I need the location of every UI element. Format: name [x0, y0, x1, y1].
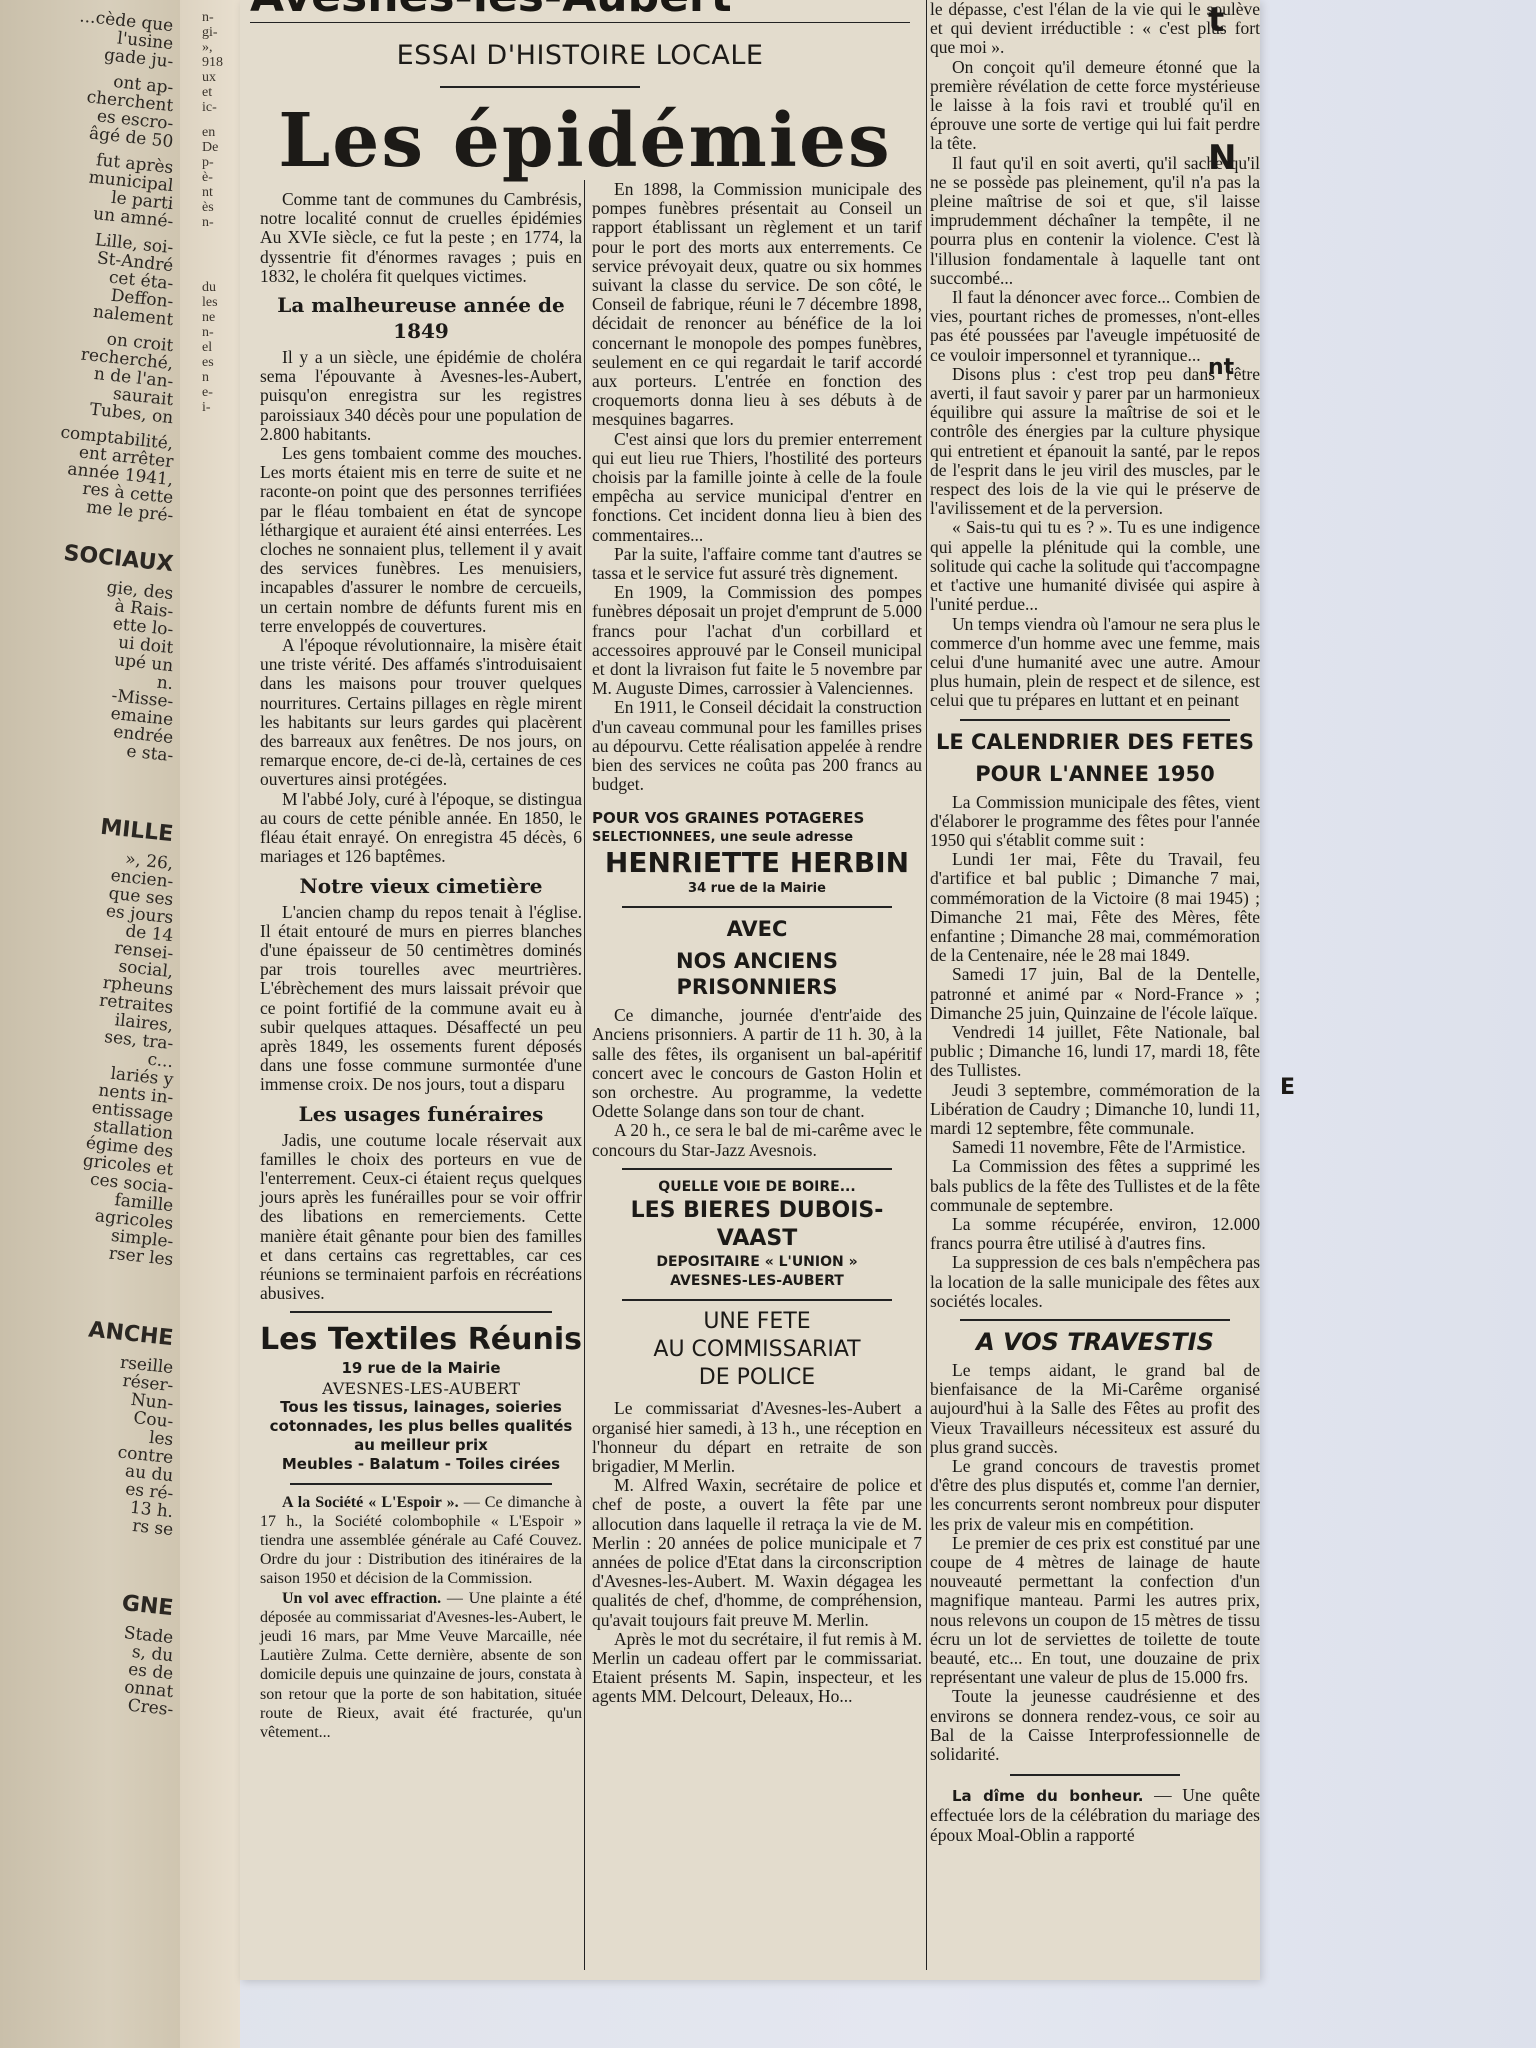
ad-line: cotonnades, les plus belles qualités	[260, 1417, 582, 1436]
brief-dime: La dîme du bonheur. — Une quête effectué…	[930, 1786, 1260, 1845]
subhead-usages: Les usages funéraires	[260, 1101, 582, 1127]
ad-line: AVESNES-LES-AUBERT	[592, 1272, 922, 1291]
prisonniers-headline-1: AVEC	[592, 916, 922, 942]
column-3: le dépasse, c'est l'élan de la vie qui l…	[930, 0, 1260, 1845]
strip-text-line: en	[202, 125, 215, 140]
paragraph: Jadis, une coutume locale réservait aux …	[260, 1131, 582, 1304]
strip-text-line: n-	[202, 215, 214, 230]
paragraph: La Commission municipale des fêtes, vien…	[930, 793, 1260, 851]
paragraph: Les gens tombaient comme des mouches. Le…	[260, 444, 582, 636]
adjacent-newspaper-page: ...cède quel'usinegade ju-ont ap-cherche…	[0, 0, 180, 2048]
paragraph: A l'époque révolutionnaire, la misère ét…	[260, 636, 582, 790]
travestis-headline: A VOS TRAVESTIS	[930, 1329, 1260, 1355]
paragraph: La suppression de ces bals n'empêchera p…	[930, 1253, 1260, 1311]
paragraph: A 20 h., ce sera le bal de mi-carême ave…	[592, 1121, 922, 1159]
kicker-rule	[440, 86, 640, 88]
intro-paragraph: Comme tant de communes du Cambrésis, not…	[260, 190, 582, 286]
paragraph: Vendredi 14 juillet, Fête Nationale, bal…	[930, 1023, 1260, 1081]
strip-text-line: De	[202, 140, 218, 155]
paragraph: Le commissariat d'Avesnes-les-Aubert a o…	[592, 1399, 922, 1476]
ad-town: AVESNES-LES-AUBERT	[260, 1379, 582, 1398]
side-letter: nt	[1208, 355, 1234, 380]
column-rule	[584, 180, 585, 1970]
masthead: Avesnes-les-Aubert	[250, 0, 910, 20]
paragraph: Ce dimanche, journée d'entr'aide des Anc…	[592, 1006, 922, 1121]
strip-text-line: les	[202, 295, 218, 310]
ad-line: DEPOSITAIRE « L'UNION »	[592, 1253, 922, 1272]
strip-text-line: p-	[202, 155, 214, 170]
paragraph: Il faut la dénoncer avec force... Combie…	[930, 288, 1260, 365]
column-1: Comme tant de communes du Cambrésis, not…	[260, 190, 582, 1742]
calendrier-headline-2: POUR L'ANNEE 1950	[930, 761, 1260, 787]
paragraph: Le premier de ces prix est constitué par…	[930, 1534, 1260, 1688]
strip-text-line: è-	[202, 170, 213, 185]
side-letter: t	[1208, 0, 1224, 40]
paragraph: En 1898, la Commission municipale des po…	[592, 180, 922, 430]
ad-bieres-dubois-vaast: QUELLE VOIE DE BOIRE... LES BIERES DUBOI…	[592, 1178, 922, 1292]
article-kicker: ESSAI D'HISTOIRE LOCALE	[240, 40, 920, 71]
adjacent-column-strip: n-gi-»,918uxetic-enDep-è-ntèsn-dulesnen-…	[180, 0, 240, 2048]
side-letter: N	[1208, 138, 1236, 178]
brief-espoir: A la Société « L'Espoir ». — Ce dimanche…	[260, 1493, 582, 1589]
strip-text-line: ux	[202, 70, 216, 85]
divider	[1010, 1774, 1180, 1776]
paragraph: En 1909, la Commission des pompes funèbr…	[592, 583, 922, 698]
ad-address: 19 rue de la Mairie	[260, 1359, 582, 1378]
paragraph: Samedi 11 novembre, Fête de l'Armistice.	[930, 1138, 1260, 1157]
divider	[622, 1168, 892, 1170]
strip-text-line: es	[202, 355, 214, 370]
column-rule	[926, 0, 927, 1970]
adjacent-heading: SOCIAUX	[0, 538, 174, 573]
adjacent-heading: ANCHE	[0, 1312, 174, 1347]
commissariat-headline-2: AU COMMISSARIAT	[592, 1337, 922, 1363]
paragraph: Le grand concours de travestis promet d'…	[930, 1457, 1260, 1534]
side-letter: E	[1280, 1075, 1295, 1100]
strip-text-line: du	[202, 280, 216, 295]
ad-line: au meilleur prix	[260, 1436, 582, 1455]
paragraph: L'ancien champ du repos tenait à l'églis…	[260, 903, 582, 1095]
strip-text-line: ic-	[202, 100, 217, 115]
paragraph: M l'abbé Joly, curé à l'époque, se disti…	[260, 790, 582, 867]
ad-line: POUR VOS GRAINES POTAGERES	[592, 809, 922, 828]
strip-text-line: gi-	[202, 25, 218, 40]
paragraph: La somme récupérée, environ, 12.000 fran…	[930, 1215, 1260, 1253]
divider	[960, 1319, 1230, 1321]
newspaper-clipping: Avesnes-les-Aubert ESSAI D'HISTOIRE LOCA…	[240, 0, 1260, 1980]
strip-text-line: n-	[202, 325, 214, 340]
ad-name: HENRIETTE HERBIN	[592, 847, 922, 879]
prisonniers-headline-2: NOS ANCIENS PRISONNIERS	[592, 948, 922, 1000]
commissariat-headline-1: UNE FETE	[592, 1309, 922, 1335]
paragraph: Un temps viendra où l'amour ne sera plus…	[930, 615, 1260, 711]
column-2: En 1898, la Commission municipale des po…	[592, 180, 922, 1707]
paragraph: En 1911, le Conseil décidait la construc…	[592, 698, 922, 794]
strip-text-line: n-	[202, 10, 214, 25]
strip-text-line: el	[202, 340, 212, 355]
ad-line: Tous les tissus, lainages, soieries	[260, 1398, 582, 1417]
paragraph: C'est ainsi que lors du premier enterrem…	[592, 430, 922, 545]
ad-henriette-herbin: POUR VOS GRAINES POTAGERES SELECTIONNEES…	[592, 809, 922, 899]
ad-name: Les Textiles Réunis	[260, 1321, 582, 1359]
top-rule	[250, 22, 910, 23]
paragraph: Après le mot du secrétaire, il fut remis…	[592, 1630, 922, 1707]
divider	[622, 906, 892, 908]
strip-text-line: i-	[202, 400, 211, 415]
strip-text-line: n	[202, 370, 209, 385]
strip-text-line: 918	[202, 55, 223, 70]
strip-text-line: »,	[202, 40, 213, 55]
strip-text-line: e-	[202, 385, 213, 400]
paragraph: Lundi 1er mai, Fête du Travail, feu d'ar…	[930, 850, 1260, 965]
strip-text-line: ne	[202, 310, 215, 325]
ad-name: LES BIERES DUBOIS-VAAST	[592, 1197, 922, 1253]
divider	[622, 1299, 892, 1301]
ad-textiles-reunis: Les Textiles Réunis 19 rue de la Mairie …	[260, 1321, 582, 1474]
paragraph: La Commission des fêtes a supprimé les b…	[930, 1157, 1260, 1215]
subhead-1849: La malheureuse année de 1849	[260, 292, 582, 344]
paragraph: M. Alfred Waxin, secrétaire de police et…	[592, 1476, 922, 1630]
article-title: Les épidémies	[250, 96, 920, 186]
divider	[290, 1483, 552, 1485]
strip-text-line: nt	[202, 185, 213, 200]
paragraph: Samedi 17 juin, Bal de la Dentelle, patr…	[930, 965, 1260, 1023]
ad-line: QUELLE VOIE DE BOIRE...	[592, 1178, 922, 1197]
adjacent-heading: MILLE	[0, 808, 174, 843]
divider	[290, 1311, 552, 1313]
adjacent-heading: GNE	[0, 1582, 174, 1617]
brief-vol: Un vol avec effraction. — Une plainte a …	[260, 1589, 582, 1743]
paragraph: Le temps aidant, le grand bal de bienfai…	[930, 1361, 1260, 1457]
strip-text-line: et	[202, 85, 212, 100]
commissariat-headline-3: DE POLICE	[592, 1365, 922, 1391]
paragraph: Disons plus : c'est trop peu dans l'être…	[930, 365, 1260, 519]
paragraph: Par la suite, l'affaire comme tant d'aut…	[592, 545, 922, 583]
paragraph: Jeudi 3 septembre, commémoration de la L…	[930, 1081, 1260, 1139]
paragraph: Il y a un siècle, une épidémie de cholér…	[260, 348, 582, 444]
ad-line: SELECTIONNEES, une seule adresse	[592, 828, 922, 847]
paragraph: « Sais-tu qui tu es ? ». Tu es une indig…	[930, 518, 1260, 614]
divider	[960, 719, 1230, 721]
strip-text-line: ès	[202, 200, 214, 215]
calendrier-headline-1: LE CALENDRIER DES FETES	[930, 729, 1260, 755]
subhead-cimetiere: Notre vieux cimetière	[260, 873, 582, 899]
ad-address: 34 rue de la Mairie	[592, 879, 922, 898]
ad-line: Meubles - Balatum - Toiles cirées	[260, 1455, 582, 1474]
paragraph: Toute la jeunesse caudrésienne et des en…	[930, 1687, 1260, 1764]
